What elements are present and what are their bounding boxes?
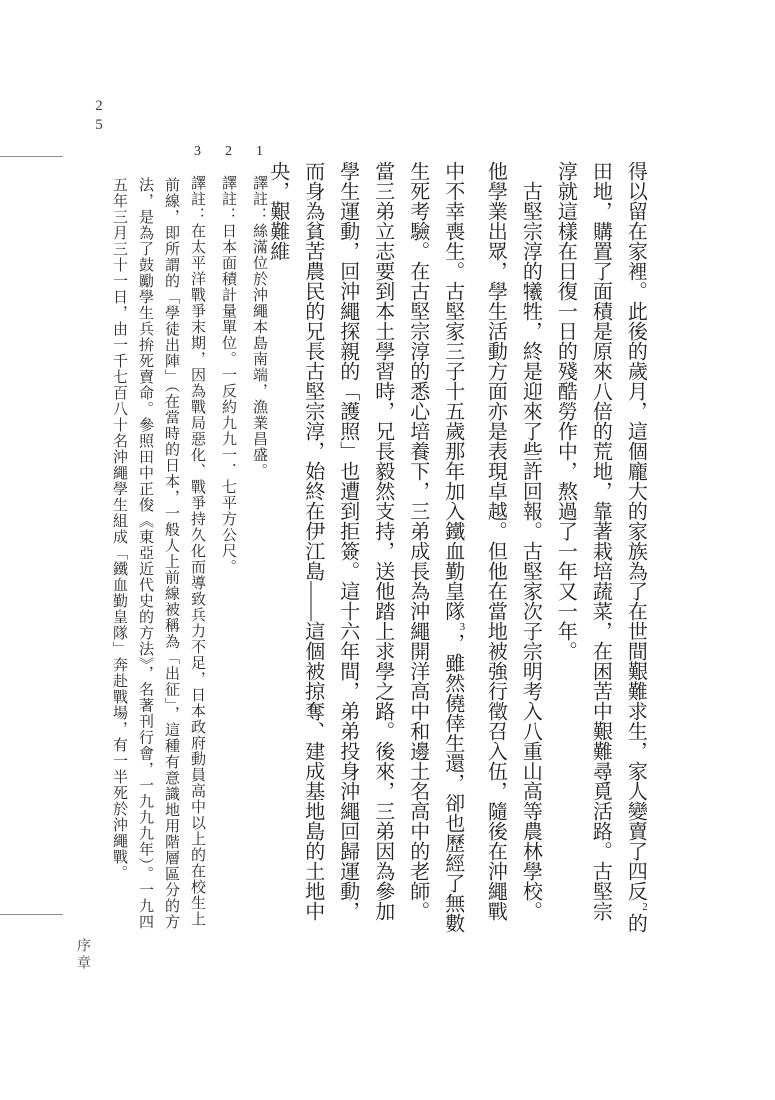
footnote-ref: 2 [639, 901, 651, 913]
footnote-number: 1 [246, 160, 272, 175]
footnote: 3譯註：在太平洋戰爭末期，因為戰局惡化、戰爭持久化而導致兵力不足，日本政府動員高… [106, 160, 210, 936]
text-run: 得以留在家裡。此後的歲月，這個龐大的家族為了在世間艱難求生，家人變賣了四反 [624, 161, 646, 901]
paragraph: 得以留在家裡。此後的歲月，這個龐大的家族為了在世間艱難求生，家人變賣了四反2的田… [547, 161, 660, 933]
paragraph: 古堅宗淳的犧牲，終是迎來了些許回報。古堅家次子宗明考入八重山高等農林學校。他學業… [260, 161, 548, 933]
footnote-number: 2 [215, 160, 241, 175]
footnotes: 1譯註：絲滿位於沖繩本島南端，漁業昌盛。2譯註：日本面積計量單位。一反約九九一．… [96, 160, 272, 936]
footnote-number: 3 [184, 160, 210, 175]
footnote-text: 譯註：絲滿位於沖繩本島南端，漁業昌盛。 [251, 175, 267, 479]
footnote: 1譯註：絲滿位於沖繩本島南端，漁業昌盛。 [246, 160, 272, 936]
page-number: 25 [90, 98, 107, 136]
top-margin-rule [0, 156, 63, 157]
book-page: 25 得以留在家裡。此後的歲月，這個龐大的家族為了在世間艱難求生，家人變賣了四反… [0, 0, 775, 1100]
footnote-text: 譯註：在太平洋戰爭末期，因為戰局惡化、戰爭持久化而導致兵力不足，日本政府動員高中… [111, 175, 205, 930]
text-run: ，雖然僥倖生還，卻也歷經了無數生死考驗。在古堅宗淳的悉心培養下，三弟成長為沖繩開… [267, 161, 464, 933]
chapter-marker: 序章 [72, 938, 92, 972]
footnote-ref: 3 [456, 621, 468, 633]
bottom-margin-rule [0, 914, 63, 915]
body-text: 得以留在家裡。此後的歲月，這個龐大的家族為了在世間艱難求生，家人變賣了四反2的田… [308, 161, 660, 933]
footnote: 2譯註：日本面積計量單位。一反約九九一．七平方公尺。 [215, 160, 241, 936]
footnote-text: 譯註：日本面積計量單位。一反約九九一．七平方公尺。 [220, 175, 236, 575]
